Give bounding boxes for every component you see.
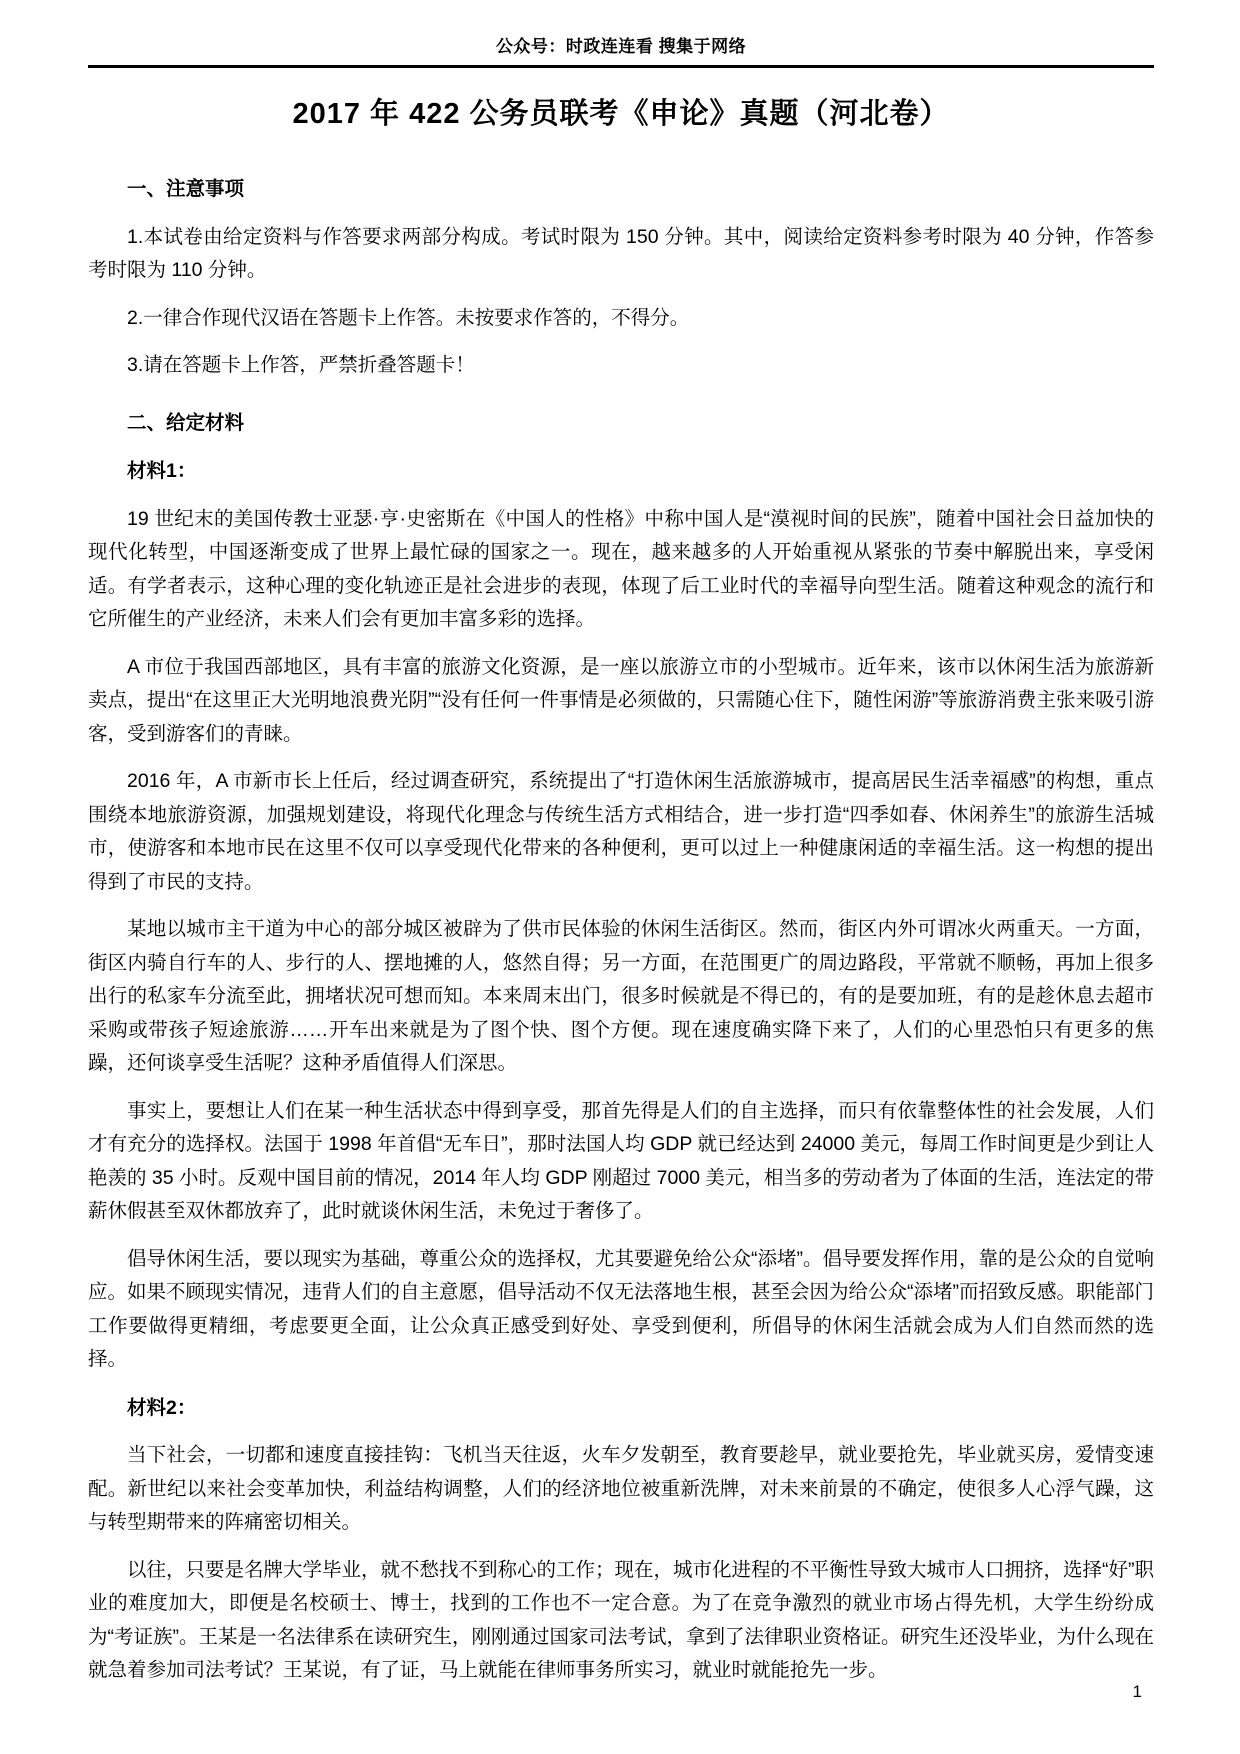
document-page: 公众号：时政连连看 搜集于网络 2017 年 422 公务员联考《申论》真题（河… (0, 0, 1240, 1754)
notice-section-heading: 一、注意事项 (88, 173, 1154, 207)
page-number: 1 (1133, 1682, 1142, 1702)
material-1-heading: 材料1： (88, 455, 1154, 489)
material-2-heading: 材料2： (88, 1392, 1154, 1426)
material-1-paragraph-6: 倡导休闲生活，要以现实为基础，尊重公众的选择权，尤其要避免给公众“添堵”。倡导要… (88, 1243, 1154, 1377)
material-1-paragraph-4: 某地以城市主干道为中心的部分城区被辟为了供市民体验的休闲生活街区。然而，街区内外… (88, 913, 1154, 1081)
page-header: 公众号：时政连连看 搜集于网络 (88, 36, 1154, 68)
material-1-paragraph-5: 事实上，要想让人们在某一种生活状态中得到享受，那首先得是人们的自主选择，而只有依… (88, 1095, 1154, 1229)
material-1-paragraph-1: 19 世纪末的美国传教士亚瑟·亨·史密斯在《中国人的性格》中称中国人是“漠视时间… (88, 503, 1154, 637)
material-1-paragraph-2: A 市位于我国西部地区，具有丰富的旅游文化资源，是一座以旅游立市的小型城市。近年… (88, 651, 1154, 752)
notice-item-1: 1.本试卷由给定资料与作答要求两部分构成。考试时限为 150 分钟。其中，阅读给… (88, 221, 1154, 288)
notice-item-2: 2.一律合作现代汉语在答题卡上作答。未按要求作答的，不得分。 (88, 302, 1154, 336)
page-title: 2017 年 422 公务员联考《申论》真题（河北卷） (88, 95, 1154, 133)
material-1-paragraph-3: 2016 年，A 市新市长上任后，经过调查研究，系统提出了“打造休闲生活旅游城市… (88, 765, 1154, 899)
notice-item-3: 3.请在答题卡上作答，严禁折叠答题卡！ (88, 349, 1154, 383)
header-rule (88, 65, 1154, 68)
materials-section-heading: 二、给定材料 (88, 407, 1154, 441)
header-note: 公众号：时政连连看 搜集于网络 (88, 36, 1154, 58)
material-2-paragraph-1: 当下社会，一切都和速度直接挂钩：飞机当天往返，火车夕发朝至，教育要趁早，就业要抢… (88, 1439, 1154, 1540)
material-2-paragraph-2: 以往，只要是名牌大学毕业，就不愁找不到称心的工作；现在，城市化进程的不平衡性导致… (88, 1554, 1154, 1688)
